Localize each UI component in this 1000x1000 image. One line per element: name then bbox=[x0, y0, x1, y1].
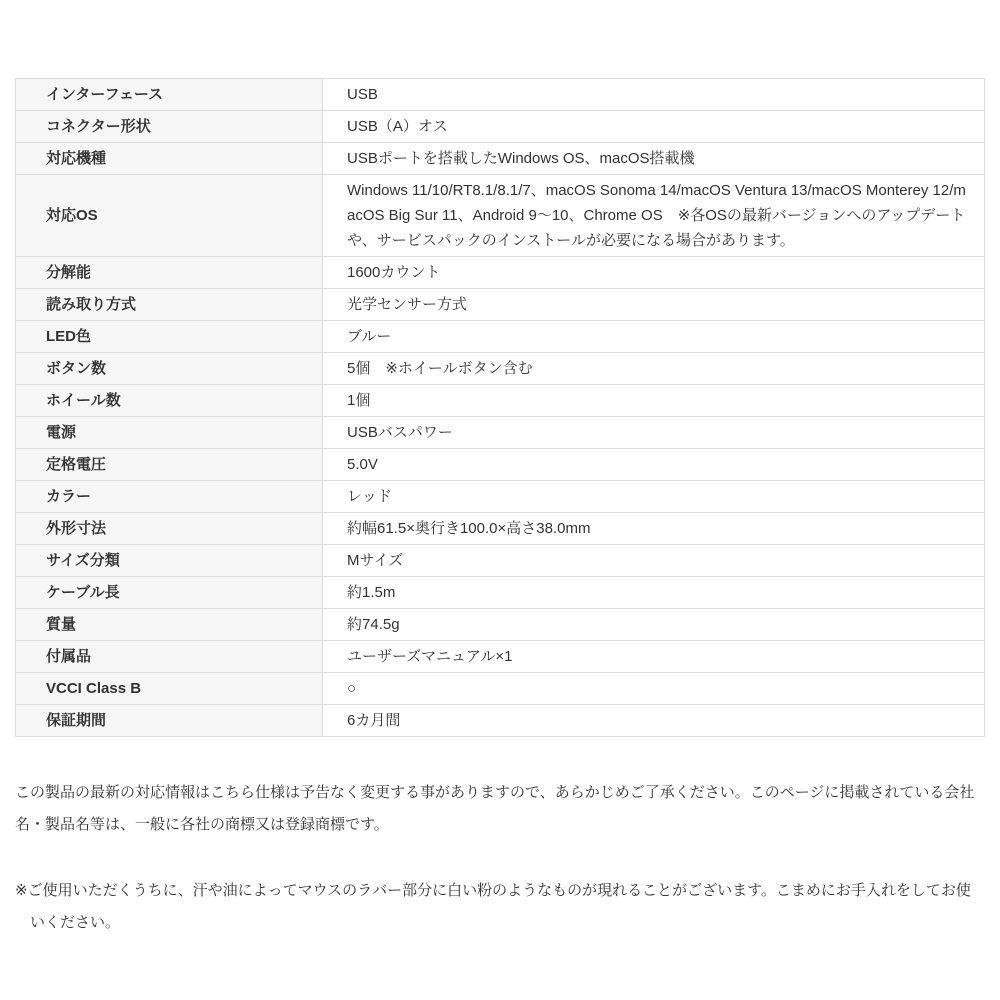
spec-row-led-color: LED色 ブルー bbox=[16, 321, 984, 353]
spec-row-button-count: ボタン数 5個 ※ホイールボタン含む bbox=[16, 353, 984, 385]
spec-row-interface: インターフェース USB bbox=[16, 79, 984, 111]
spec-value: USBバスパワー bbox=[323, 417, 984, 449]
product-spec-page: インターフェース USB コネクター形状 USB（A）オス 対応機種 USBポー… bbox=[0, 0, 1000, 1000]
spec-row-rated-voltage: 定格電圧 5.0V bbox=[16, 449, 984, 481]
spec-table: インターフェース USB コネクター形状 USB（A）オス 対応機種 USBポー… bbox=[15, 78, 985, 737]
spec-row-power: 電源 USBバスパワー bbox=[16, 417, 984, 449]
spec-value: USB（A）オス bbox=[323, 111, 984, 143]
spec-label: 付属品 bbox=[16, 641, 323, 673]
spec-value: USB bbox=[323, 79, 984, 111]
spec-value: Mサイズ bbox=[323, 545, 984, 577]
spec-value: 6カ月間 bbox=[323, 705, 984, 737]
spec-row-size-class: サイズ分類 Mサイズ bbox=[16, 545, 984, 577]
spec-row-weight: 質量 約74.5g bbox=[16, 609, 984, 641]
spec-label: 定格電圧 bbox=[16, 449, 323, 481]
spec-row-resolution: 分解能 1600カウント bbox=[16, 257, 984, 289]
spec-value: Windows 11/10/RT8.1/8.1/7、macOS Sonoma 1… bbox=[323, 175, 984, 257]
spec-value: 約1.5m bbox=[323, 577, 984, 609]
spec-value: 1個 bbox=[323, 385, 984, 417]
spec-row-warranty: 保証期間 6カ月間 bbox=[16, 705, 984, 737]
spec-value: USBポートを搭載したWindows OS、macOS搭載機 bbox=[323, 143, 984, 175]
spec-label: サイズ分類 bbox=[16, 545, 323, 577]
spec-label: 外形寸法 bbox=[16, 513, 323, 545]
spec-label: 対応機種 bbox=[16, 143, 323, 175]
spec-label: VCCI Class B bbox=[16, 673, 323, 705]
spec-row-connector: コネクター形状 USB（A）オス bbox=[16, 111, 984, 143]
spec-label: 質量 bbox=[16, 609, 323, 641]
disclaimer-note: この製品の最新の対応情報はこちら仕様は予告なく変更する事がありますので、あらかじ… bbox=[15, 777, 985, 841]
spec-label: LED色 bbox=[16, 321, 323, 353]
spec-value: 1600カウント bbox=[323, 257, 984, 289]
spec-row-supported-devices: 対応機種 USBポートを搭載したWindows OS、macOS搭載機 bbox=[16, 143, 984, 175]
spec-value: 5個 ※ホイールボタン含む bbox=[323, 353, 984, 385]
spec-row-dimensions: 外形寸法 約幅61.5×奥行き100.0×高さ38.0mm bbox=[16, 513, 984, 545]
usage-note: ※ご使用いただくうちに、汗や油によってマウスのラバー部分に白い粉のようなものが現… bbox=[15, 875, 985, 939]
spec-label: 分解能 bbox=[16, 257, 323, 289]
spec-value: 光学センサー方式 bbox=[323, 289, 984, 321]
spec-label: カラー bbox=[16, 481, 323, 513]
spec-label: インターフェース bbox=[16, 79, 323, 111]
spec-value: 5.0V bbox=[323, 449, 984, 481]
spec-value: 約74.5g bbox=[323, 609, 984, 641]
spec-value: レッド bbox=[323, 481, 984, 513]
spec-value: ブルー bbox=[323, 321, 984, 353]
spec-label: 読み取り方式 bbox=[16, 289, 323, 321]
spec-row-accessories: 付属品 ユーザーズマニュアル×1 bbox=[16, 641, 984, 673]
spec-label: ケーブル長 bbox=[16, 577, 323, 609]
spec-label: ボタン数 bbox=[16, 353, 323, 385]
spec-value: 約幅61.5×奥行き100.0×高さ38.0mm bbox=[323, 513, 984, 545]
spec-value: ユーザーズマニュアル×1 bbox=[323, 641, 984, 673]
spec-row-sensor-type: 読み取り方式 光学センサー方式 bbox=[16, 289, 984, 321]
spec-label: ホイール数 bbox=[16, 385, 323, 417]
spec-label: 対応OS bbox=[16, 175, 323, 257]
spec-value: ○ bbox=[323, 673, 984, 705]
spec-row-wheel-count: ホイール数 1個 bbox=[16, 385, 984, 417]
spec-row-color: カラー レッド bbox=[16, 481, 984, 513]
spec-row-vcci: VCCI Class B ○ bbox=[16, 673, 984, 705]
spec-label: 電源 bbox=[16, 417, 323, 449]
spec-row-cable-length: ケーブル長 約1.5m bbox=[16, 577, 984, 609]
spec-label: コネクター形状 bbox=[16, 111, 323, 143]
spec-row-supported-os: 対応OS Windows 11/10/RT8.1/8.1/7、macOS Son… bbox=[16, 175, 984, 257]
spec-label: 保証期間 bbox=[16, 705, 323, 737]
